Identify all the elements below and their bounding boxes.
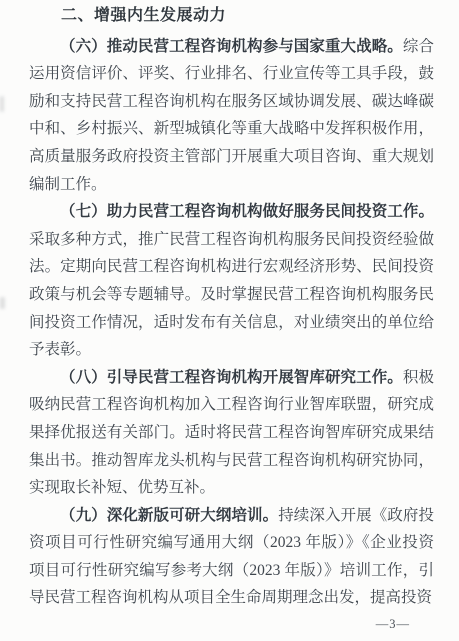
paragraph-body: 积极吸纳民营工程咨询机构加入工程咨询行业智库联盟，研究成果择优报送有关部门。适时…: [29, 369, 434, 496]
section-heading: 二、增强内生发展动力: [29, 2, 434, 30]
scan-smudge: [0, 297, 5, 309]
paragraph: （九）深化新版可研大纲培训。持续深入开展《政府投资项目可行性研究编写通用大纲（2…: [29, 502, 434, 612]
paragraph: （六）推动民营工程咨询机构参与国家重大战略。综合运用资信评价、评奖、行业排名、行…: [29, 33, 434, 199]
scan-smudge: [0, 96, 4, 112]
paragraph-lead: （六）推动民营工程咨询机构参与国家重大战略。: [60, 38, 403, 55]
page-number: —3—: [376, 617, 410, 632]
document-page: 二、增强内生发展动力 （六）推动民营工程咨询机构参与国家重大战略。综合运用资信评…: [0, 0, 459, 641]
paragraph: （七）助力民营工程咨询机构做好服务民间投资工作。采取多种方式，推广民营工程咨询机…: [29, 198, 434, 364]
paragraph-body: 采取多种方式，推广民营工程咨询机构服务民间投资经验做法。定期向民营工程咨询机构进…: [29, 231, 434, 358]
document-content: 二、增强内生发展动力 （六）推动民营工程咨询机构参与国家重大战略。综合运用资信评…: [29, 2, 434, 612]
paragraph-body: 综合运用资信评价、评奖、行业排名、行业宣传等工具手段，鼓励和支持民营工程咨询机构…: [29, 38, 434, 193]
paragraph: （八）引导民营工程咨询机构开展智库研究工作。积极吸纳民营工程咨询机构加入工程咨询…: [29, 364, 434, 502]
paragraph-lead: （九）深化新版可研大纲培训。: [60, 507, 278, 524]
paragraph-lead: （七）助力民营工程咨询机构做好服务民间投资工作。: [60, 203, 434, 220]
paragraph-lead: （八）引导民营工程咨询机构开展智库研究工作。: [60, 369, 403, 386]
